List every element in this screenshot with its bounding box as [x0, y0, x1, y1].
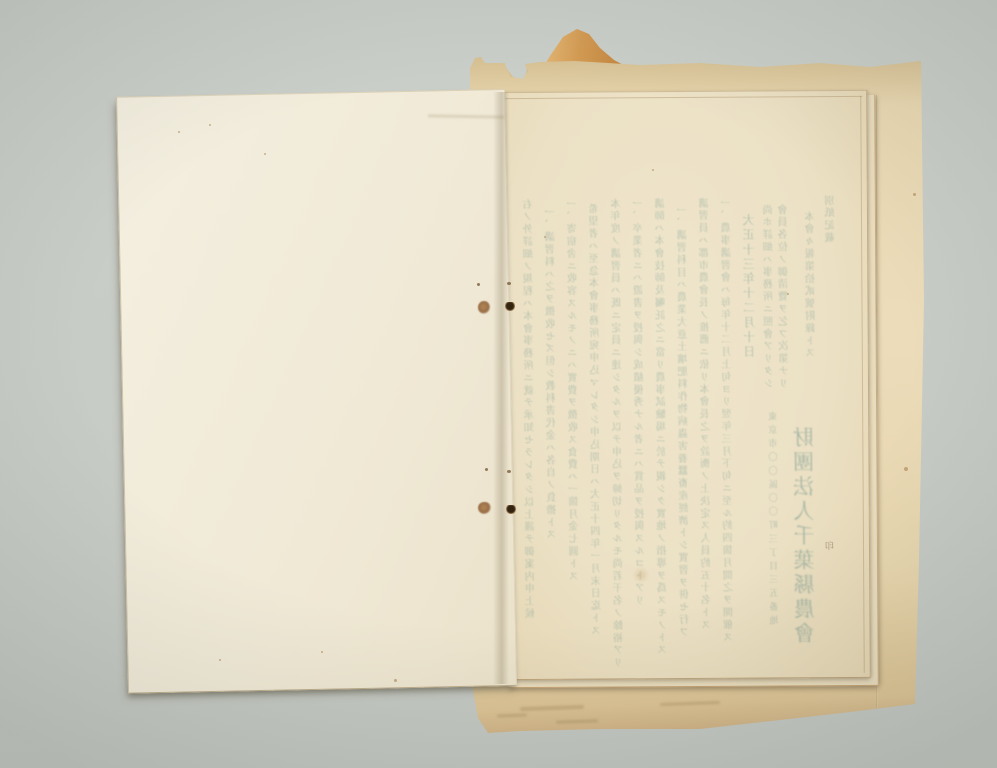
text-column: 一、農事講習會ハ毎年十二月上旬ヨリ翌年三月下旬ニ至ル約四箇月間之ヲ開催ス: [720, 198, 738, 644]
text-column: 本會々報第拾貳號附錄トス: [804, 211, 820, 360]
foxing-speck: [321, 651, 323, 653]
text-column: 講師ハ本會技師及囑託之ニ當リ農事試驗場ニ於テ親シク實地ノ指導ヲ爲スモノトス: [654, 198, 672, 657]
paper-stain: [632, 568, 650, 582]
text-column: 一、講習料ハ之ヲ徴收セズ但シ教科書代金ハ各自ノ負擔トス: [544, 207, 561, 542]
left-blank-page: [116, 89, 517, 694]
foxing-speck: [913, 193, 916, 196]
seal-mark: 印: [823, 541, 836, 552]
foxing-speck: [787, 293, 789, 295]
text-column: 希望者ハ至急本會事務所宛申込マレタシ申込期日ハ大正十四年一月末日迄トス: [588, 204, 606, 638]
text-column: 一、寄宿舍ニ收容スルモノニハ實費ヲ徴收ス食費ハ一箇月金七圓トス: [566, 199, 583, 583]
binding-hole: [505, 302, 515, 311]
paper-stain: [477, 283, 480, 286]
show-through-text-block: 大正十三年十二月十日 東京市〇〇區〇〇町三丁目三五番地 財團法人千葉縣農會 印 …: [501, 91, 870, 679]
right-page: 大正十三年十二月十日 東京市〇〇區〇〇町三丁目三五番地 財團法人千葉縣農會 印 …: [501, 90, 871, 680]
foxing-speck: [652, 169, 654, 171]
foxing-speck: [394, 679, 397, 682]
paper-stain: [485, 468, 488, 471]
foxing-speck: [209, 124, 211, 126]
address-column: 東京市〇〇區〇〇町三丁目三五番地: [766, 411, 780, 629]
paper-stain: [507, 470, 511, 473]
photo-backdrop: 大正十三年十二月十日 東京市〇〇區〇〇町三丁目三五番地 財團法人千葉縣農會 印 …: [0, 0, 997, 768]
text-column: 講習員ハ郡市農會長ノ推薦ニ依リ本會長之ヲ詮衡ノ上決定ス人員約五十名トス: [698, 198, 716, 632]
paper-stain: [507, 282, 511, 285]
text-column: 本年度ノ講習員ハ既ニ定員ニ達シタルヲ以テ申込ヲ締切リタルモ尚若干名ノ餘裕アリ: [610, 198, 628, 669]
text-column: 右ノ外詳細ノ規程ハ本會事務所ニ就テ承知セラレタシ以上謹テ御案内申上候: [522, 199, 540, 621]
foxing-speck: [544, 236, 546, 238]
date-column: 大正十三年十二月十日: [740, 214, 758, 360]
gutter-shadow: [493, 92, 509, 684]
text-column: 尚ホ詳細ハ事務所ニ照會アリタシ: [762, 204, 778, 390]
foxing-speck: [178, 131, 180, 133]
foxing-speck: [264, 153, 266, 155]
foxing-speck: [219, 659, 221, 661]
text-column: 別紙記載: [824, 195, 839, 245]
publisher-name-column: 財團法人千葉縣農會: [790, 426, 821, 647]
foxing-speck: [904, 467, 908, 471]
text-column: 會員各位ノ御清覽ヲ乞フ次第ナリ: [777, 204, 793, 390]
text-column: 一、卒業者ニハ證書ヲ授與シ成績優秀ナル者ニハ賞品ヲ授與スルコトアリ: [632, 198, 649, 607]
binding-hole: [506, 505, 516, 514]
text-column: 一、講習科目ハ農業大意土壤肥料作物病蟲害養蠶畜産經濟トシ實習ヲ併セ行フ: [676, 205, 694, 639]
